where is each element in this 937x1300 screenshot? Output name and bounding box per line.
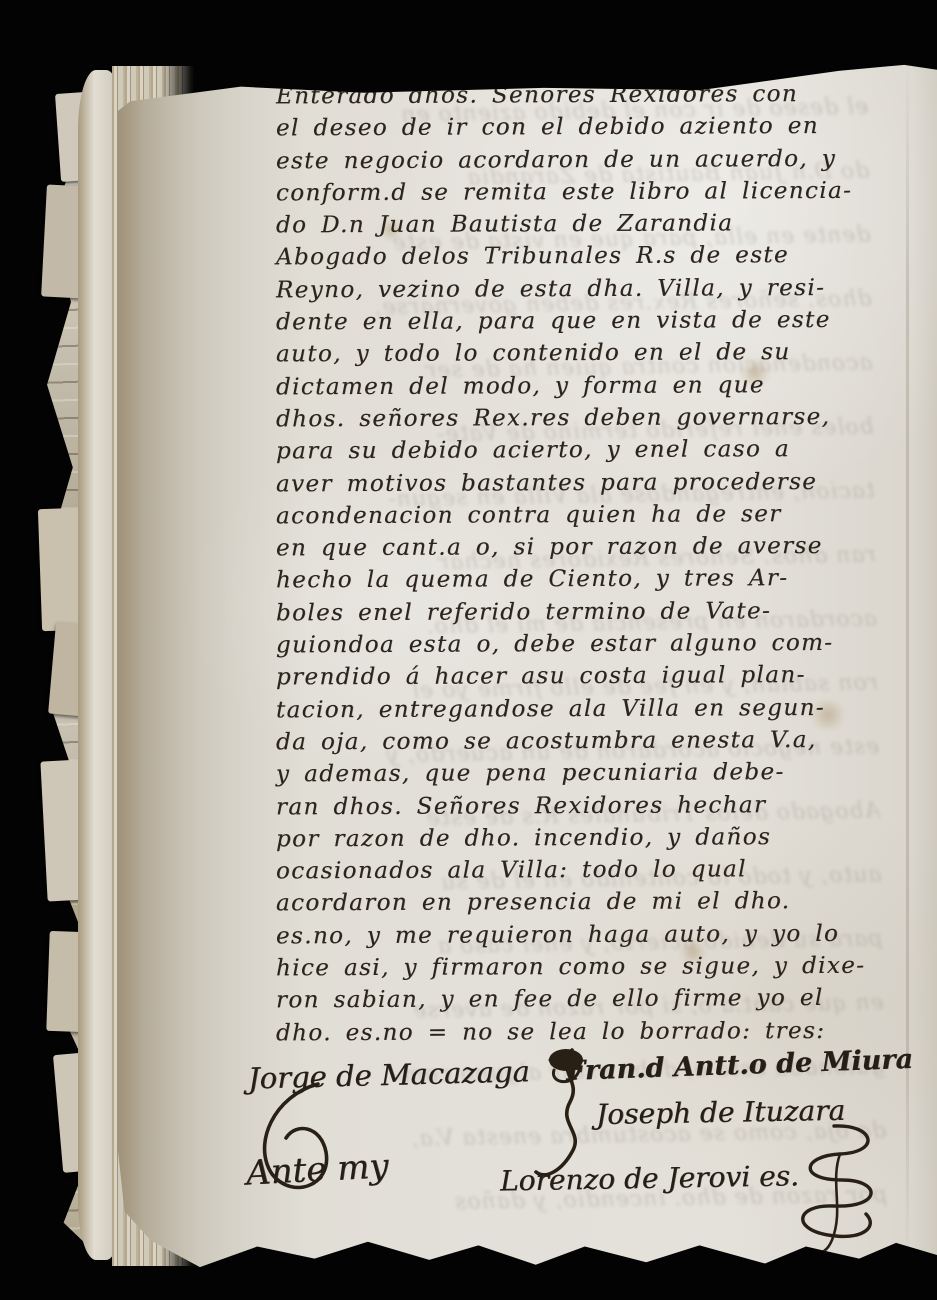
- manuscript-line: hice asi, y firmaron como se sigue, y di…: [276, 953, 916, 988]
- manuscript-line: para su debido acierto, y enel caso a: [276, 436, 916, 471]
- manuscript-line: guiondoa esta o, debe estar alguno com-: [276, 630, 916, 665]
- manuscript-text-block: Enterado dhos. Señores Rexidores con el …: [276, 82, 916, 1051]
- manuscript-line: Abogado delos Tribunales R.s de este: [276, 242, 916, 277]
- manuscript-line: conform.d se remita este libro al licenc…: [276, 177, 916, 212]
- manuscript-line: por razon de dho. incendio, y daños: [276, 823, 916, 858]
- manuscript-line: tacion, entregandose ala Villa en segun-: [276, 694, 916, 729]
- manuscript-scan: el deseo de ir con el debido aziento en …: [0, 0, 937, 1300]
- manuscript-page: el deseo de ir con el debido aziento en …: [118, 60, 937, 1272]
- manuscript-line: en que cant.a o, si por razon de averse: [276, 533, 916, 568]
- manuscript-line: auto, y todo lo contenido en el de su: [276, 339, 916, 374]
- manuscript-line: este negocio acordaron de un acuerdo, y: [276, 145, 916, 180]
- rubric-flourish-jerovi: [770, 1122, 900, 1262]
- manuscript-line: el deseo de ir con el debido aziento en: [276, 113, 916, 148]
- manuscript-line: da oja, como se acostumbra enesta V.a,: [276, 727, 916, 762]
- manuscript-line: aver motivos bastantes para procederse: [276, 468, 916, 503]
- rubric-flourish-central: [520, 1046, 610, 1196]
- manuscript-line: acondenacion contra quien ha de ser: [276, 500, 916, 535]
- rubric-flourish-macazaga: [246, 1082, 346, 1197]
- manuscript-line: y ademas, que pena pecuniaria debe-: [276, 759, 916, 794]
- manuscript-line: boles enel referido termino de Vate-: [276, 597, 916, 632]
- manuscript-line: ran dhos. Señores Rexidores hechar: [276, 791, 916, 826]
- manuscript-line: dente en ella, para que en vista de este: [276, 307, 916, 342]
- manuscript-line: do D.n Juan Bautista de Zarandia: [276, 210, 916, 245]
- manuscript-line: ron sabian, y en fee de ello firme yo el: [276, 985, 916, 1020]
- manuscript-line: prendido á hacer asu costa igual plan-: [276, 662, 916, 697]
- manuscript-line: Reyno, vezino de esta dha. Villa, y resi…: [276, 274, 916, 309]
- manuscript-line: es.no, y me requieron haga auto, y yo lo: [276, 920, 916, 955]
- manuscript-line: Enterado dhos. Señores Rexidores con: [276, 81, 916, 116]
- manuscript-line: dhos. señores Rex.res deben governarse,: [276, 404, 916, 439]
- manuscript-line: hecho la quema de Ciento, y tres Ar-: [276, 565, 916, 600]
- manuscript-line: dictamen del modo, y forma en que: [276, 371, 916, 406]
- manuscript-line: acordaron en presencia de mi el dho.: [276, 888, 916, 923]
- manuscript-line: ocasionados ala Villa: todo lo qual: [276, 856, 916, 891]
